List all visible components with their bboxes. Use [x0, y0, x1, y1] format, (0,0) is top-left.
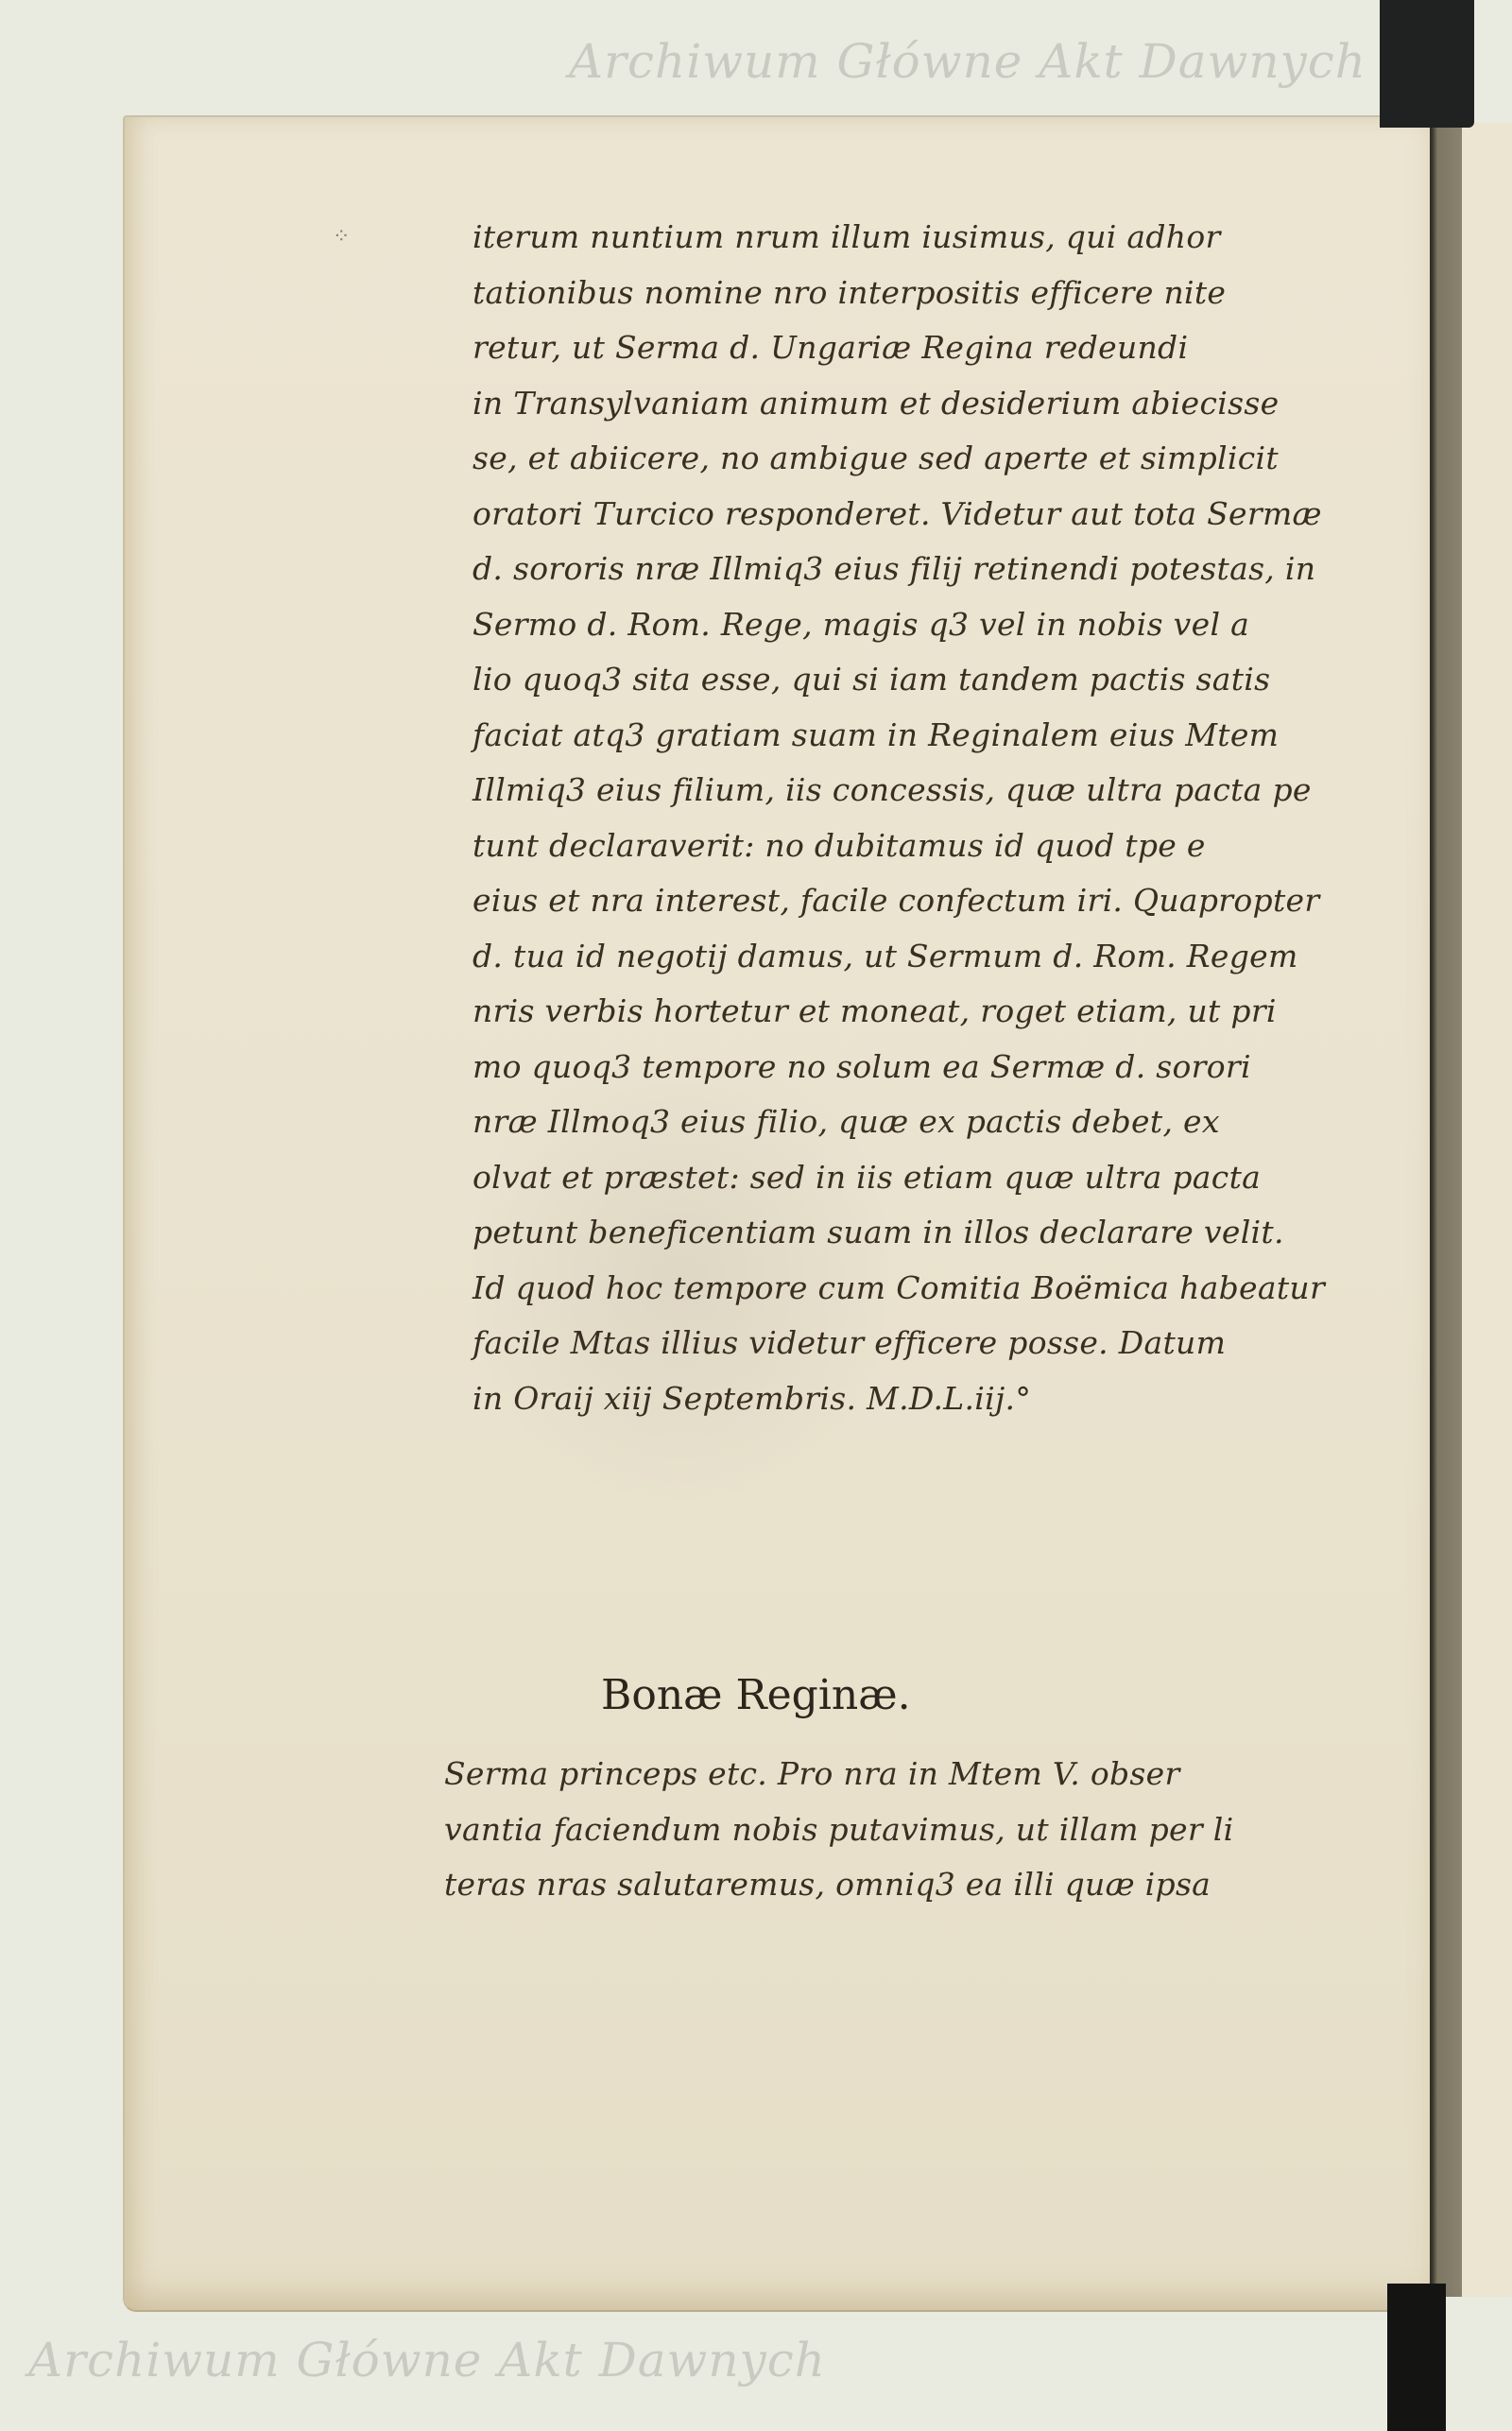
bookmark-ribbon-top	[1380, 0, 1474, 128]
facing-page-edge	[1462, 123, 1512, 2297]
manuscript-line: vantia faciendum nobis putavimus, ut ill…	[444, 1802, 1295, 1858]
manuscript-line: faciat atq3 gratiam suam in Reginalem ei…	[472, 708, 1323, 764]
manuscript-line: oratori Turcico responderet. Videtur aut…	[472, 487, 1323, 543]
manuscript-line: in Transylvaniam animum et desiderium ab…	[472, 376, 1323, 432]
manuscript-line: olvat et præstet: sed in iis etiam quæ u…	[472, 1150, 1323, 1206]
manuscript-line: iterum nuntium nrum illum iusimus, qui a…	[472, 210, 1323, 266]
manuscript-line: retur, ut Serma d. Ungariæ Regina redeun…	[472, 320, 1323, 376]
manuscript-line: eius et nra interest, facile confectum i…	[472, 873, 1323, 929]
manuscript-line: petunt beneficentiam suam in illos decla…	[472, 1205, 1323, 1261]
margin-mark: ⁘	[333, 225, 350, 249]
manuscript-line: tunt declaraverit: no dubitamus id quod …	[472, 819, 1323, 874]
manuscript-line: Illmiq3 eius filium, iis concessis, quæ …	[472, 763, 1323, 819]
manuscript-line: lio quoq3 sita esse, qui si iam tandem p…	[472, 652, 1323, 708]
archive-watermark-top: Archiwum Główne Akt Dawnych	[569, 34, 1366, 89]
manuscript-line: Serma princeps etc. Pro nra in Mtem V. o…	[444, 1747, 1295, 1802]
bookmark-ribbon-bottom	[1387, 2284, 1446, 2431]
book-gutter	[1430, 123, 1462, 2297]
manuscript-line: d. tua id negotij damus, ut Sermum d. Ro…	[472, 929, 1323, 985]
manuscript-line: tationibus nomine nro interpositis effic…	[472, 266, 1323, 321]
manuscript-line: Sermo d. Rom. Rege, magis q3 vel in nobi…	[472, 597, 1323, 653]
manuscript-line: mo quoq3 tempore no solum ea Sermæ d. so…	[472, 1040, 1323, 1095]
manuscript-line: teras nras salutaremus, omniq3 ea illi q…	[444, 1857, 1295, 1913]
manuscript-line: d. sororis nræ Illmiq3 eius filij retine…	[472, 542, 1323, 597]
manuscript-line: nræ Illmoq3 eius filio, quæ ex pactis de…	[472, 1095, 1323, 1150]
manuscript-line: Id quod hoc tempore cum Comitia Boëmica …	[472, 1261, 1323, 1317]
manuscript-text-block: iterum nuntium nrum illum iusimus, qui a…	[472, 210, 1323, 1426]
manuscript-text-block-2: Serma princeps etc. Pro nra in Mtem V. o…	[444, 1747, 1295, 1913]
archive-watermark-bottom: Archiwum Główne Akt Dawnych	[28, 2333, 826, 2388]
manuscript-line: in Oraij xiij Septembris. M.D.L.iij.°	[472, 1371, 1323, 1427]
manuscript-line: se, et abiicere, no ambigue sed aperte e…	[472, 431, 1323, 487]
manuscript-line: nris verbis hortetur et moneat, roget et…	[472, 984, 1323, 1040]
manuscript-line: facile Mtas illius videtur efficere poss…	[472, 1316, 1323, 1371]
letter-heading: Bonæ Reginæ.	[601, 1671, 911, 1719]
